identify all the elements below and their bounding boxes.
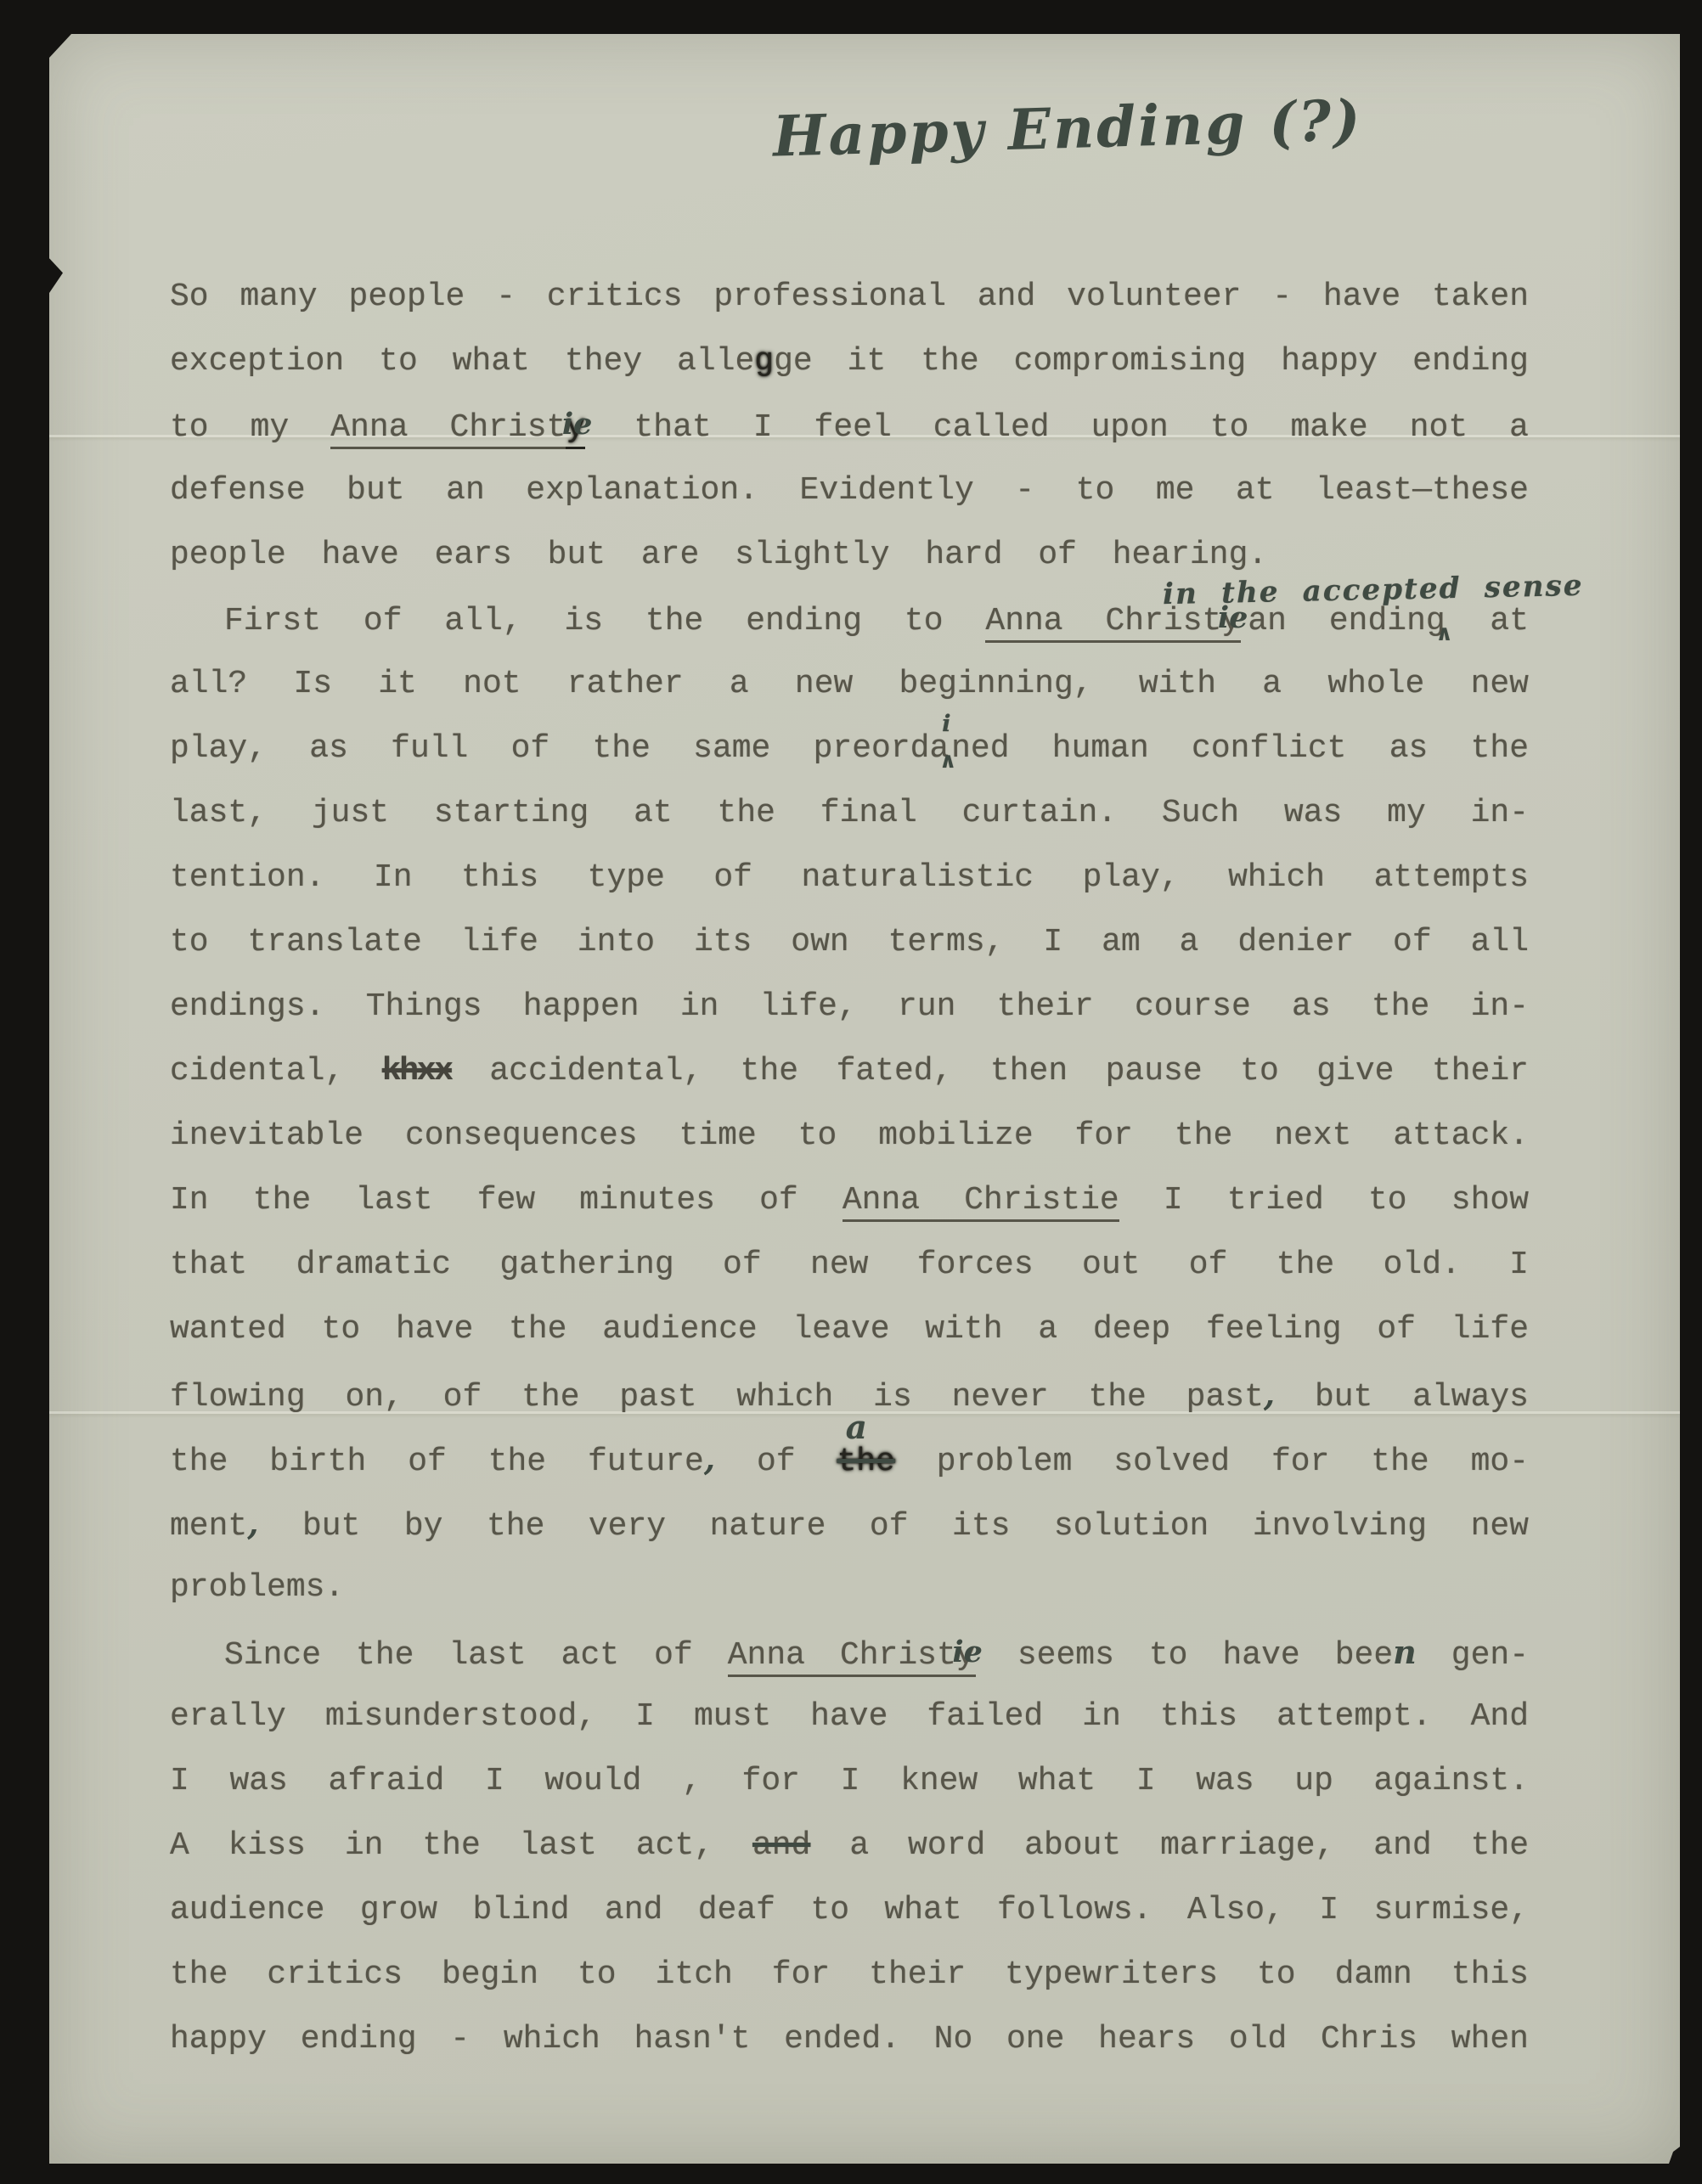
handwritten-title: Happy Ending (?) [772,87,1363,169]
text-segment: exception to what they alle [170,343,754,380]
text-segment: wanted to have the audience leave with a… [170,1311,1529,1348]
text-segment: to my [170,409,330,446]
text-segment: last, just starting at the final curtain… [170,795,1529,831]
text-segment: people have ears but are slightly hard o… [170,537,1267,573]
struck-text: khxx [382,1053,452,1089]
typed-line-2: exception to what they allegge it the co… [170,329,1529,394]
typed-line-15: In the last few minutes of Anna Christie… [170,1168,1529,1233]
typed-line-6: First of all, is the ending to Anna Chri… [170,588,1529,652]
text-segment: cidental, [170,1053,382,1089]
text-segment: problems. [170,1569,344,1606]
underlined-play-title: Anna Christie [843,1182,1119,1222]
text-segment: In the last few minutes of [170,1182,843,1219]
text-segment: to translate life into its own terms, I … [170,924,1529,960]
text-segment: A kiss in the last act, [170,1827,752,1864]
text-segment: ment [170,1508,247,1545]
scanned-document-view: { "document": { "title": { "text": "Happ… [0,0,1702,2184]
typed-line-10: tention. In this type of naturalistic pl… [170,846,1529,910]
text-segment: erally misunderstood, I must have failed… [170,1698,1529,1735]
paper-tear [48,256,63,296]
text-segment: play, as full of the same preorda [170,730,949,767]
text-segment: that I feel called upon to make not a [592,409,1529,446]
text-segment: problem solved for the mo- [895,1444,1529,1480]
typed-line-27: the critics begin to itch for their type… [170,1943,1529,2007]
text-segment: happy ending - which hasn't ended. No on… [170,2021,1529,2057]
handwritten-correction: ie [562,392,593,457]
text-segment: defense but an explanation. Evidently - … [170,472,1529,509]
typed-line-12: endings. Things happen in life, run thei… [170,975,1529,1039]
typed-line-11: to translate life into its own terms, I … [170,910,1529,975]
typed-line-22: Since the last act of Anna Christyie see… [170,1620,1529,1685]
handwritten-correction: , [1264,1375,1275,1413]
text-segment: I tried to show [1119,1182,1529,1219]
typed-line-19: the birth of the future, of thea problem… [170,1427,1529,1491]
typed-text: So many people - critics professional an… [170,265,1529,2072]
text-segment: a word about marriage, and the [810,1827,1529,1864]
text-segment: tention. In this type of naturalistic pl… [170,859,1529,896]
typed-line-24: I was afraid I would , for I knew what I… [170,1749,1529,1814]
typed-line-21: problems. [170,1556,1529,1620]
text-segment: endings. Things happen in life, run thei… [170,988,1529,1025]
struck-text: and [752,1827,810,1864]
text-segment: at [1448,603,1529,639]
typed-line-25: A kiss in the last act, and a word about… [170,1814,1529,1878]
typed-line-8: play, as full of the same preorda∧ined h… [170,717,1529,781]
text-segment: but by the very nature of its solution i… [258,1508,1529,1545]
handwritten-correction: , [704,1439,715,1478]
underlined-play-title: Anna Christy [728,1637,976,1677]
caret-mark: ∧ [1435,600,1452,665]
text-segment: g [754,343,774,380]
text-segment: flowing on, of the past which is never t… [170,1379,1264,1416]
handwritten-correction: n [1393,1633,1417,1671]
struck-text: the [837,1444,894,1480]
text-segment: First of all, is the ending to [224,603,985,639]
text-segment: of [715,1444,837,1480]
handwritten-insertion-text: a [846,1412,867,1445]
handwritten-insertion-text: i [942,712,950,735]
text-segment: Since the last act of [224,1637,728,1674]
handwritten-correction: , [247,1504,258,1542]
text-segment: audience grow blind and deaf to what fol… [170,1892,1529,1928]
text-segment: gen- [1417,1637,1529,1674]
typed-line-28: happy ending - which hasn't ended. No on… [170,2007,1529,2072]
typed-line-26: audience grow blind and deaf to what fol… [170,1878,1529,1943]
typed-line-1: So many people - critics professional an… [170,265,1529,329]
typed-line-3: to my Anna Christyie that I feel called … [170,394,1529,459]
text-segment: the birth of the future [170,1444,704,1480]
text-segment: ge it the compromising happy ending [774,343,1529,380]
document-page: Happy Ending (?) So many people - critic… [49,34,1680,2164]
text-segment: all? Is it not rather a new beginning, w… [170,666,1529,702]
text-segment: seems to have bee [983,1637,1393,1674]
underlined-play-title: Anna Christ [330,409,566,449]
text-segment: I was afraid I would , for I knew what I… [170,1763,1529,1799]
handwritten-insertion-text: in the accepted sense [1163,571,1584,610]
text-segment: the critics begin to itch for their type… [170,1956,1529,1993]
text-segment: that dramatic gathering of new forces ou… [170,1247,1529,1283]
typed-line-13: cidental, khxx accidental, the fated, th… [170,1039,1529,1104]
typed-line-20: ment, but by the very nature of its solu… [170,1491,1529,1556]
typed-line-4: defense but an explanation. Evidently - … [170,459,1529,523]
typed-line-9: last, just starting at the final curtain… [170,781,1529,846]
typed-line-14: inevitable consequences time to mobilize… [170,1104,1529,1168]
typed-line-17: wanted to have the audience leave with a… [170,1297,1529,1362]
text-segment: but always [1275,1379,1529,1416]
handwritten-correction: ie [952,1620,983,1685]
text-segment: inevitable consequences time to mobilize… [170,1117,1529,1154]
text-segment: So many people - critics professional an… [170,279,1529,315]
typed-line-7: all? Is it not rather a new beginning, w… [170,652,1529,717]
typed-line-23: erally misunderstood, I must have failed… [170,1685,1529,1749]
text-segment: accidental, the fated, then pause to giv… [452,1053,1529,1089]
text-segment: ned human conflict as the [951,730,1529,767]
typed-line-16: that dramatic gathering of new forces ou… [170,1233,1529,1297]
